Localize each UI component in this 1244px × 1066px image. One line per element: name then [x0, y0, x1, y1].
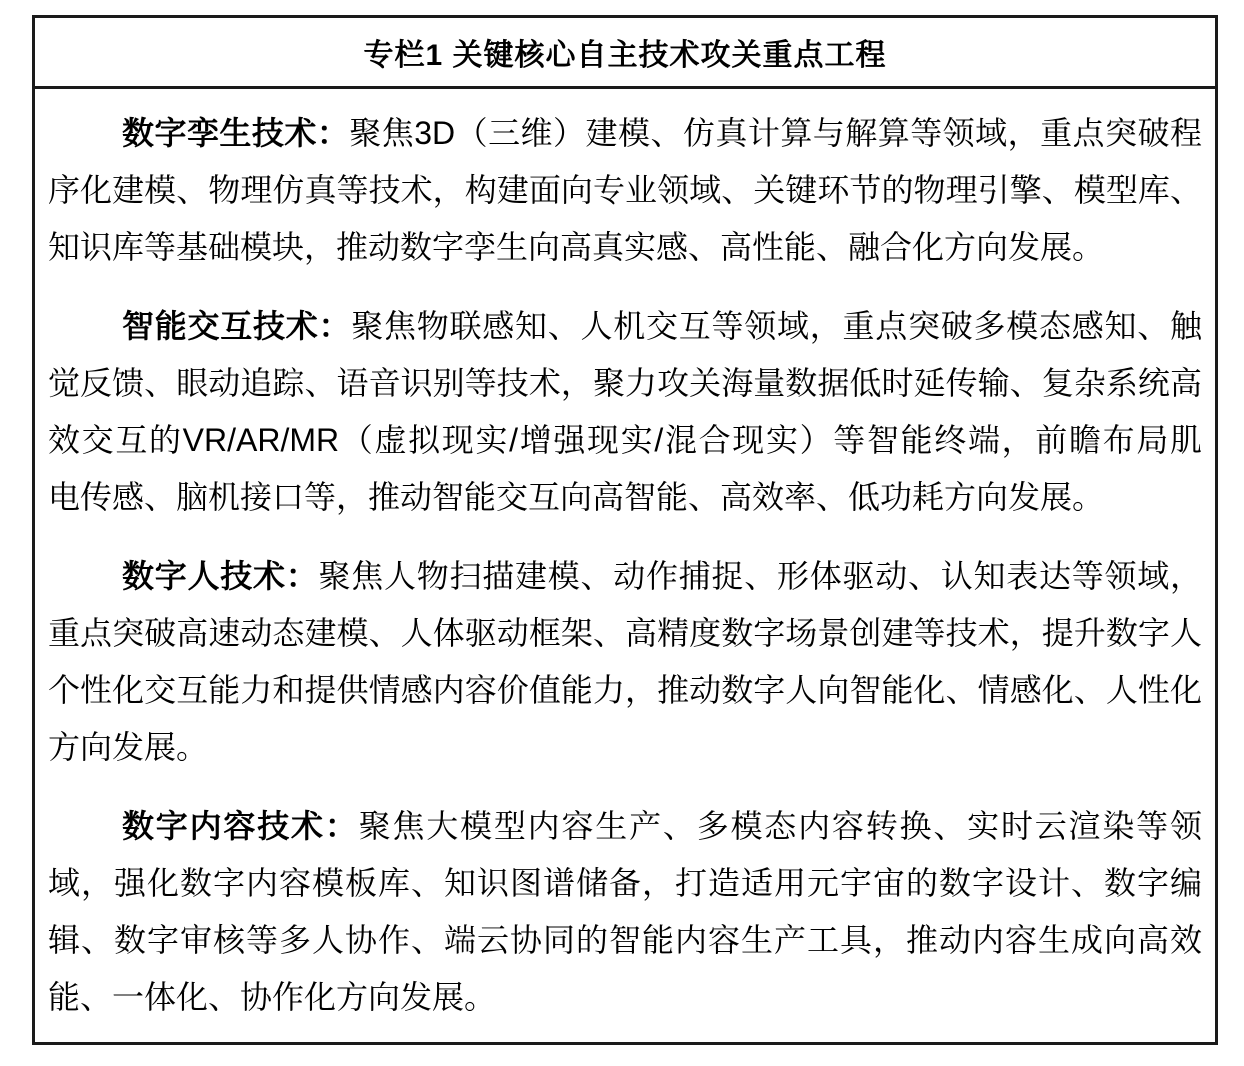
paragraph-text: 聚焦物联感知、人机交互等领域，重点突破多模态感知、触 — [351, 308, 1202, 344]
text-line: 方向发展。 — [48, 719, 1202, 776]
paragraph-digital-twin: 数字孪生技术：聚焦3D（三维）建模、仿真计算与解算等领域，重点突破程 序化建模、… — [48, 105, 1202, 276]
paragraph-intelligent-interaction: 智能交互技术：聚焦物联感知、人机交互等领域，重点突破多模态感知、触 觉反馈、眼动… — [48, 298, 1202, 526]
text-line: 电传感、脑机接口等，推动智能交互向高智能、高效率、低功耗方向发展。 — [48, 469, 1202, 526]
text-line: 重点突破高速动态建模、人体驱动框架、高精度数字场景创建等技术，提升数字人 — [48, 605, 1202, 662]
paragraph-text: 聚焦3D（三维）建模、仿真计算与解算等领域，重点突破程 — [349, 115, 1202, 151]
text-line: 智能交互技术：聚焦物联感知、人机交互等领域，重点突破多模态感知、触 — [48, 298, 1202, 355]
paragraph-label: 数字人技术： — [122, 558, 319, 594]
paragraph-label: 数字孪生技术： — [122, 115, 349, 151]
paragraph-text: 聚焦大模型内容生产、多模态内容转换、实时云渲染等领 — [359, 808, 1202, 844]
text-line: 能、一体化、协作化方向发展。 — [48, 969, 1202, 1026]
paragraph-label: 智能交互技术： — [122, 308, 351, 344]
panel-body: 数字孪生技术：聚焦3D（三维）建模、仿真计算与解算等领域，重点突破程 序化建模、… — [35, 89, 1215, 1042]
text-line: 效交互的VR/AR/MR（虚拟现实/增强现实/混合现实）等智能终端，前瞻布局肌 — [48, 412, 1202, 469]
text-line: 序化建模、物理仿真等技术，构建面向专业领域、关键环节的物理引擎、模型库、 — [48, 162, 1202, 219]
text-line: 数字内容技术：聚焦大模型内容生产、多模态内容转换、实时云渲染等领 — [48, 798, 1202, 855]
panel-title: 专栏1 关键核心自主技术攻关重点工程 — [363, 30, 886, 74]
paragraph-text: 聚焦人物扫描建模、动作捕捉、形体驱动、认知表达等领域， — [319, 558, 1202, 594]
panel-title-bar: 专栏1 关键核心自主技术攻关重点工程 — [35, 18, 1215, 89]
text-line: 数字人技术：聚焦人物扫描建模、动作捕捉、形体驱动、认知表达等领域， — [48, 548, 1202, 605]
paragraph-digital-content: 数字内容技术：聚焦大模型内容生产、多模态内容转换、实时云渲染等领 域，强化数字内… — [48, 798, 1202, 1026]
text-line: 知识库等基础模块，推动数字孪生向高真实感、高性能、融合化方向发展。 — [48, 219, 1202, 276]
text-line: 觉反馈、眼动追踪、语音识别等技术，聚力攻关海量数据低时延传输、复杂系统高 — [48, 355, 1202, 412]
text-line: 域，强化数字内容模板库、知识图谱储备，打造适用元宇宙的数字设计、数字编 — [48, 855, 1202, 912]
text-line: 个性化交互能力和提供情感内容价值能力，推动数字人向智能化、情感化、人性化 — [48, 662, 1202, 719]
text-line: 数字孪生技术：聚焦3D（三维）建模、仿真计算与解算等领域，重点突破程 — [48, 105, 1202, 162]
panel-box: 专栏1 关键核心自主技术攻关重点工程 数字孪生技术：聚焦3D（三维）建模、仿真计… — [32, 15, 1218, 1045]
document-page: 专栏1 关键核心自主技术攻关重点工程 数字孪生技术：聚焦3D（三维）建模、仿真计… — [0, 0, 1244, 1066]
text-line: 辑、数字审核等多人协作、端云协同的智能内容生产工具，推动内容生成向高效 — [48, 912, 1202, 969]
paragraph-label: 数字内容技术： — [122, 808, 359, 844]
paragraph-digital-human: 数字人技术：聚焦人物扫描建模、动作捕捉、形体驱动、认知表达等领域， 重点突破高速… — [48, 548, 1202, 776]
